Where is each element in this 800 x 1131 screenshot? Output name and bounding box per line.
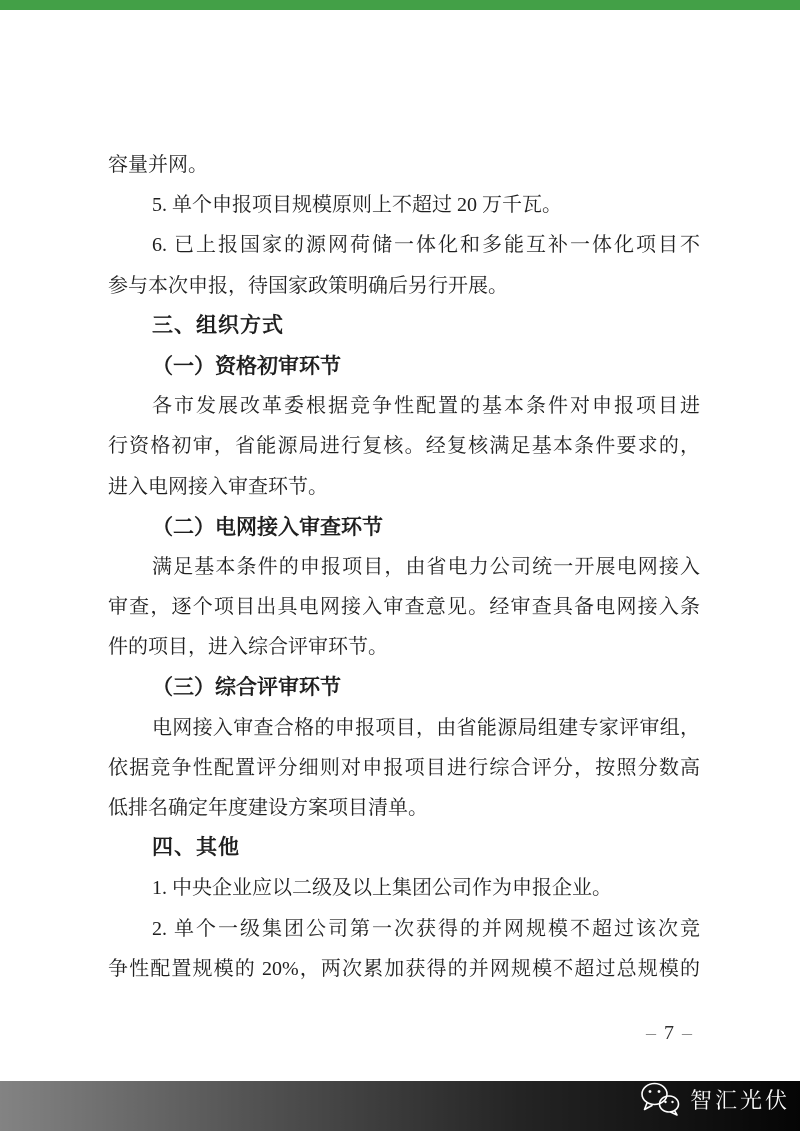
text-line: 2. 单个一级集团公司第一次获得的并网规模不超过该次竞 — [108, 909, 700, 949]
page-number-dash-right: – — [675, 1022, 700, 1044]
text-line: 电网接入审查合格的申报项目，由省能源局组建专家评审组， — [108, 708, 700, 748]
text-line: 争性配置规模的 20%，两次累加获得的并网规模不超过总规模的 — [108, 949, 700, 989]
text-line: 各市发展改革委根据竞争性配置的基本条件对申报项目进 — [108, 386, 700, 426]
top-accent-bar — [0, 0, 800, 10]
wechat-icon — [639, 1081, 681, 1117]
text-line: 依据竞争性配置评分细则对申报项目进行综合评分，按照分数高 — [108, 748, 700, 788]
heading: （一）资格初审环节 — [108, 346, 700, 386]
brand-watermark: 智汇光伏 — [639, 1078, 790, 1120]
heading: （二）电网接入审查环节 — [108, 507, 700, 547]
text-line: 行资格初审，省能源局进行复核。经复核满足基本条件要求的， — [108, 426, 700, 466]
page-number: –7– — [639, 1020, 700, 1046]
brand-name: 智汇光伏 — [690, 1084, 790, 1115]
page-number-dash-left: – — [639, 1022, 664, 1044]
text-line: 低排名确定年度建设方案项目清单。 — [108, 788, 700, 828]
text-line: 件的项目，进入综合评审环节。 — [108, 627, 700, 667]
document-body: 容量并网。5. 单个申报项目规模原则上不超过 20 万千瓦。6. 已上报国家的源… — [108, 145, 700, 989]
text-line: 6. 已上报国家的源网荷储一体化和多能互补一体化项目不 — [108, 225, 700, 265]
text-line: 1. 中央企业应以二级及以上集团公司作为申报企业。 — [108, 868, 700, 908]
text-line: 容量并网。 — [108, 145, 700, 185]
heading: 四、其他 — [108, 828, 700, 868]
text-line: 5. 单个申报项目规模原则上不超过 20 万千瓦。 — [108, 185, 700, 225]
document-page: 容量并网。5. 单个申报项目规模原则上不超过 20 万千瓦。6. 已上报国家的源… — [0, 0, 800, 1131]
text-line: 审查，逐个项目出具电网接入审查意见。经审查具备电网接入条 — [108, 587, 700, 627]
page-number-value: 7 — [664, 1022, 675, 1044]
text-line: 进入电网接入审查环节。 — [108, 467, 700, 507]
text-line: 参与本次申报，待国家政策明确后另行开展。 — [108, 266, 700, 306]
text-line: 满足基本条件的申报项目，由省电力公司统一开展电网接入 — [108, 547, 700, 587]
heading: （三）综合评审环节 — [108, 667, 700, 707]
heading: 三、组织方式 — [108, 306, 700, 346]
